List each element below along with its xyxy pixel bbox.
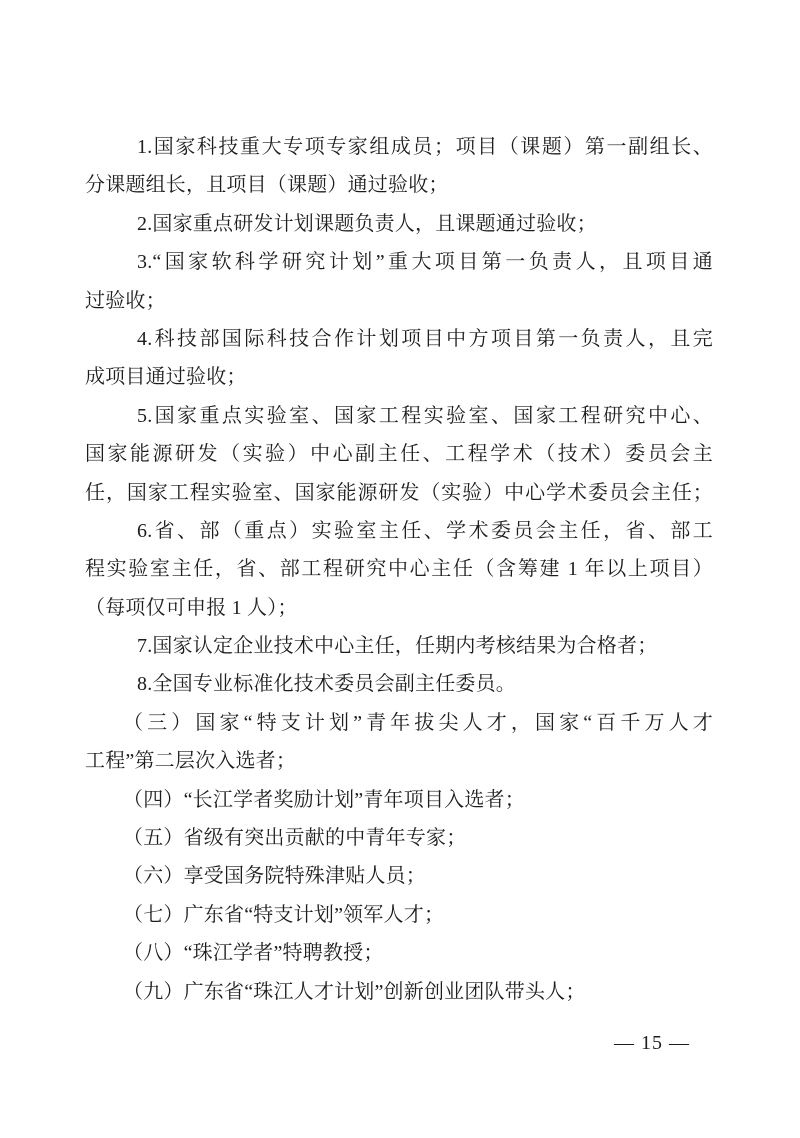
text-line: 8.全国专业标准化技术委员会副主任委员。 <box>85 665 713 703</box>
text-line: 5.国家重点实验室、国家工程实验室、国家工程研究中心、 <box>85 397 713 435</box>
text-line: （八）“珠江学者”特聘教授； <box>85 934 713 972</box>
text-line: （五）省级有突出贡献的中青年专家； <box>85 819 713 857</box>
text-line: 1.国家科技重大专项专家组成员；项目（课题）第一副组长、 <box>85 128 713 166</box>
text-line: 任，国家工程实验室、国家能源研发（实验）中心学术委员会主任； <box>85 474 713 512</box>
text-line: （九）广东省“珠江人才计划”创新创业团队带头人； <box>85 973 713 1011</box>
text-line: （七）广东省“特支计划”领军人才； <box>85 896 713 934</box>
text-line: 6.省、部（重点）实验室主任、学术委员会主任，省、部工 <box>85 512 713 550</box>
text-line: （每项仅可申报 1 人）； <box>85 589 713 627</box>
text-line: （三）国家“特支计划”青年拔尖人才，国家“百千万人才 <box>85 704 713 742</box>
text-line: 程实验室主任，省、部工程研究中心主任（含筹建 1 年以上项目） <box>85 550 713 588</box>
document-page: 1.国家科技重大专项专家组成员；项目（课题）第一副组长、分课题组长，且项目（课题… <box>0 0 800 1138</box>
text-line: 国家能源研发（实验）中心副主任、工程学术（技术）委员会主 <box>85 435 713 473</box>
text-line: 7.国家认定企业技术中心主任，任期内考核结果为合格者； <box>85 627 713 665</box>
text-line: 成项目通过验收； <box>85 358 713 396</box>
text-line: 过验收； <box>85 282 713 320</box>
text-line: 3.“国家软科学研究计划”重大项目第一负责人，且项目通 <box>85 243 713 281</box>
page-number: — 15 — <box>614 1031 690 1055</box>
document-body: 1.国家科技重大专项专家组成员；项目（课题）第一副组长、分课题组长，且项目（课题… <box>85 128 713 1011</box>
text-line: 2.国家重点研发计划课题负责人，且课题通过验收； <box>85 205 713 243</box>
text-line: （四）“长江学者奖励计划”青年项目入选者； <box>85 781 713 819</box>
text-line: 工程”第二层次入选者； <box>85 742 713 780</box>
text-line: 分课题组长，且项目（课题）通过验收； <box>85 166 713 204</box>
text-line: 4.科技部国际科技合作计划项目中方项目第一负责人，且完 <box>85 320 713 358</box>
text-line: （六）享受国务院特殊津贴人员； <box>85 857 713 895</box>
